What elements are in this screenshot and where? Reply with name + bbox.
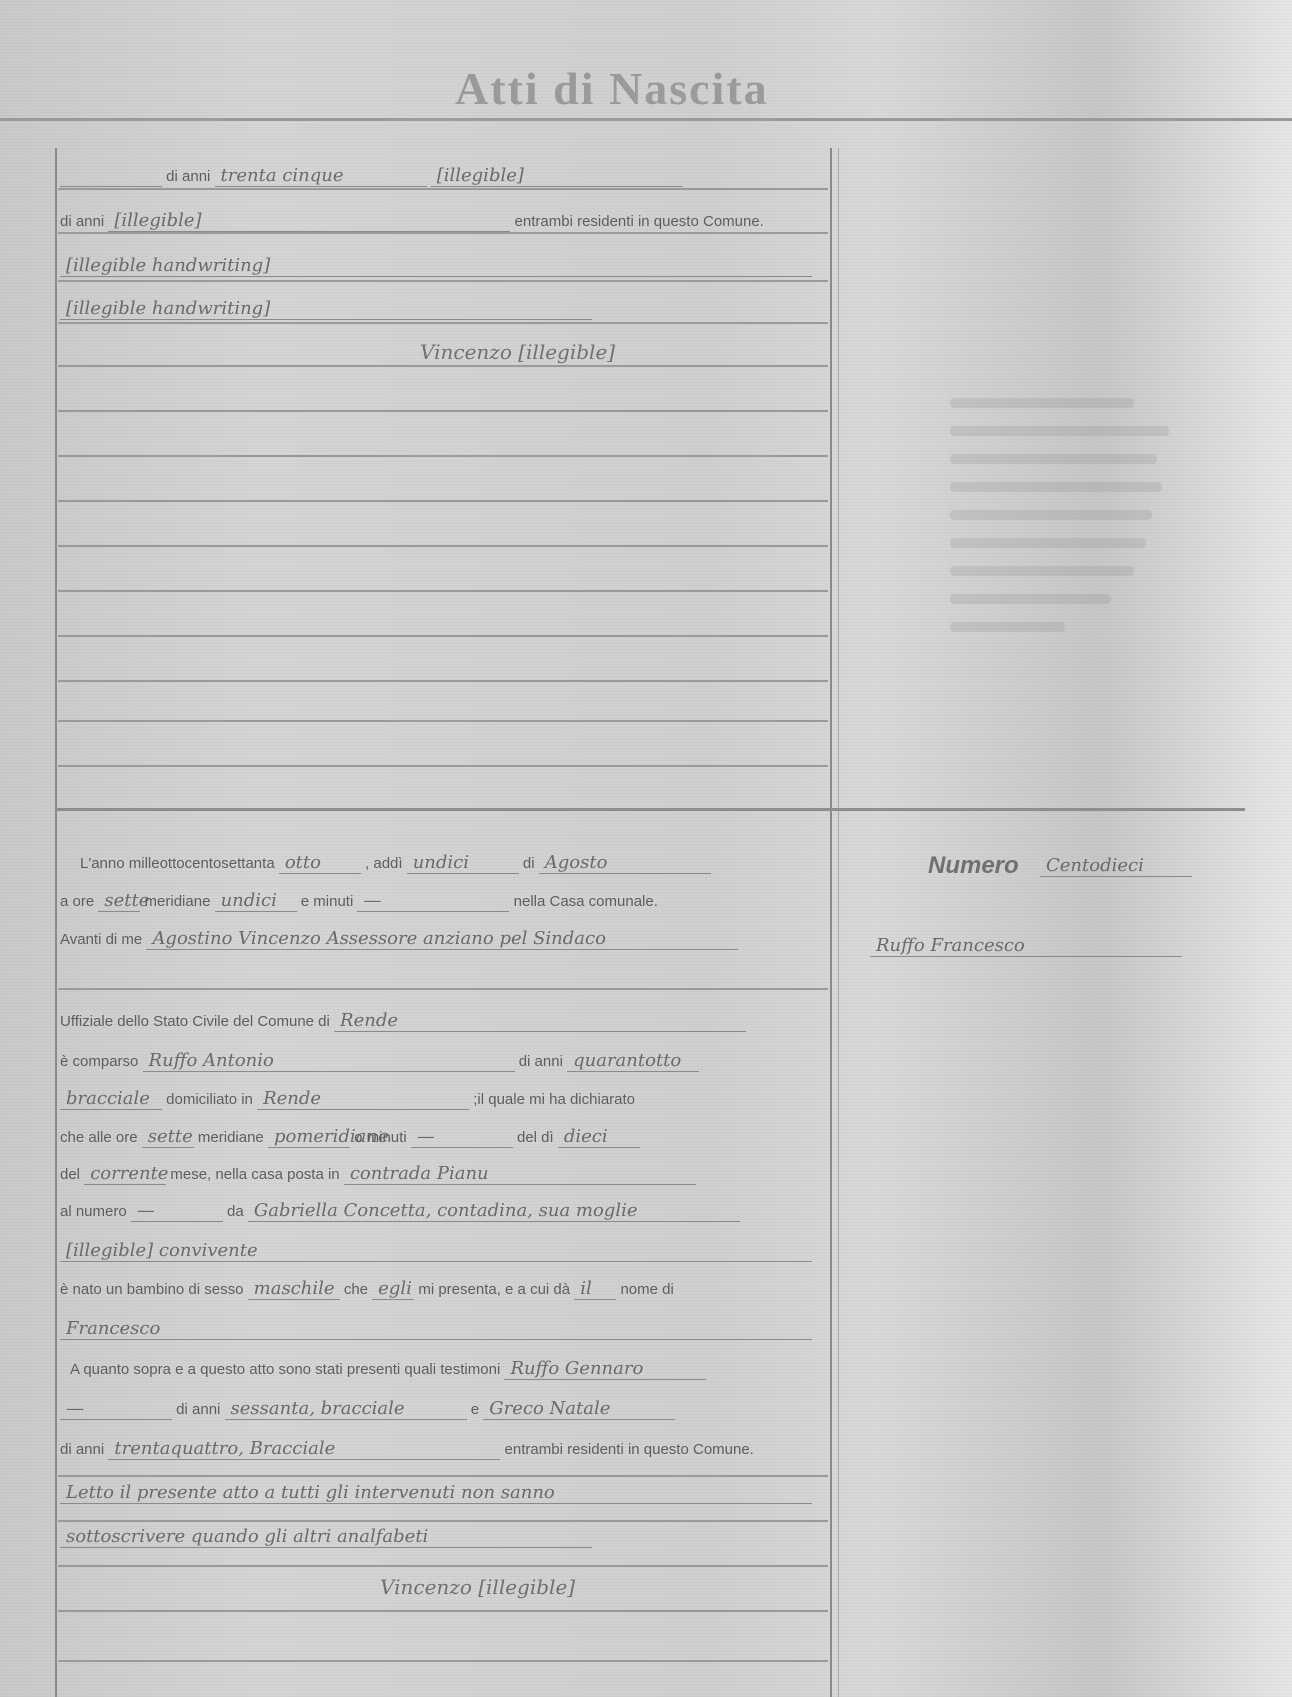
center-divider: [830, 148, 832, 1697]
rule: [58, 720, 828, 722]
rule: [58, 500, 828, 502]
rule: [58, 635, 828, 637]
rule: [58, 590, 828, 592]
top-signature: Vincenzo [illegible]: [420, 340, 615, 364]
hand-text: [60, 165, 162, 187]
record-line-17: sottoscrivere quando gli altri analfabet…: [60, 1526, 830, 1548]
title-rule: [0, 118, 1292, 121]
record-line-7: che alle ore sette meridiane pomeridiane…: [60, 1126, 830, 1148]
left-border: [55, 148, 57, 1697]
rule: [58, 680, 828, 682]
rule: [58, 545, 828, 547]
document-title: Atti di Nascita: [455, 62, 769, 115]
record-line-13: A quanto sopra e a questo atto sono stat…: [70, 1358, 840, 1380]
rule: [58, 188, 828, 190]
margin-child-name: Ruffo Francesco: [870, 935, 1182, 957]
record-line-9: al numero — da Gabriella Concetta, conta…: [60, 1200, 830, 1222]
rule: [58, 1475, 828, 1477]
top-line-4: [illegible handwriting]: [60, 298, 830, 320]
record-line-4: Uffiziale dello Stato Civile del Comune …: [60, 1010, 830, 1032]
record-line-8: del corrente mese, nella casa posta in c…: [60, 1163, 830, 1185]
top-line-2: di anni [illegible] entrambi residenti i…: [60, 210, 830, 232]
bleed-through-text: [950, 380, 1180, 650]
rule: [58, 1520, 828, 1522]
record-line-3: Avanti di me Agostino Vincenzo Assessore…: [60, 928, 830, 950]
rule: [58, 365, 828, 367]
rule: [58, 280, 828, 282]
rule: [58, 1660, 828, 1662]
rule: [58, 988, 828, 990]
top-line-1: di anni trenta cinque [illegible]: [60, 165, 830, 187]
record-line-1: L'anno milleottocentosettanta otto , add…: [80, 852, 850, 874]
numero-value: Centodieci: [1040, 855, 1192, 877]
rule: [58, 765, 828, 767]
record-line-12: Francesco: [60, 1318, 830, 1340]
rule: [58, 232, 828, 234]
record-line-10: [illegible] convivente: [60, 1240, 830, 1262]
rule: [58, 1610, 828, 1612]
section-divider: [55, 808, 1245, 811]
record-line-16: Letto il presente atto a tutti gli inter…: [60, 1482, 830, 1504]
record-signature: Vincenzo [illegible]: [380, 1575, 575, 1599]
record-line-6: bracciale domiciliato in Rende ;il quale…: [60, 1088, 830, 1110]
rule: [58, 322, 828, 324]
record-line-14: — di anni sessanta, bracciale e Greco Na…: [60, 1398, 830, 1420]
rule: [58, 455, 828, 457]
top-line-3: [illegible handwriting]: [60, 255, 830, 277]
record-line-2: a ore sette meridiane undici e minuti — …: [60, 890, 830, 912]
record-line-5: è comparso Ruffo Antonio di anni quarant…: [60, 1050, 830, 1072]
record-line-15: di anni trentaquattro, Bracciale entramb…: [60, 1438, 830, 1460]
rule: [58, 410, 828, 412]
rule: [58, 1565, 828, 1567]
margin-divider: [838, 148, 839, 1697]
numero-label: Numero: [928, 852, 1019, 880]
record-line-11: è nato un bambino di sesso maschile che …: [60, 1278, 830, 1300]
